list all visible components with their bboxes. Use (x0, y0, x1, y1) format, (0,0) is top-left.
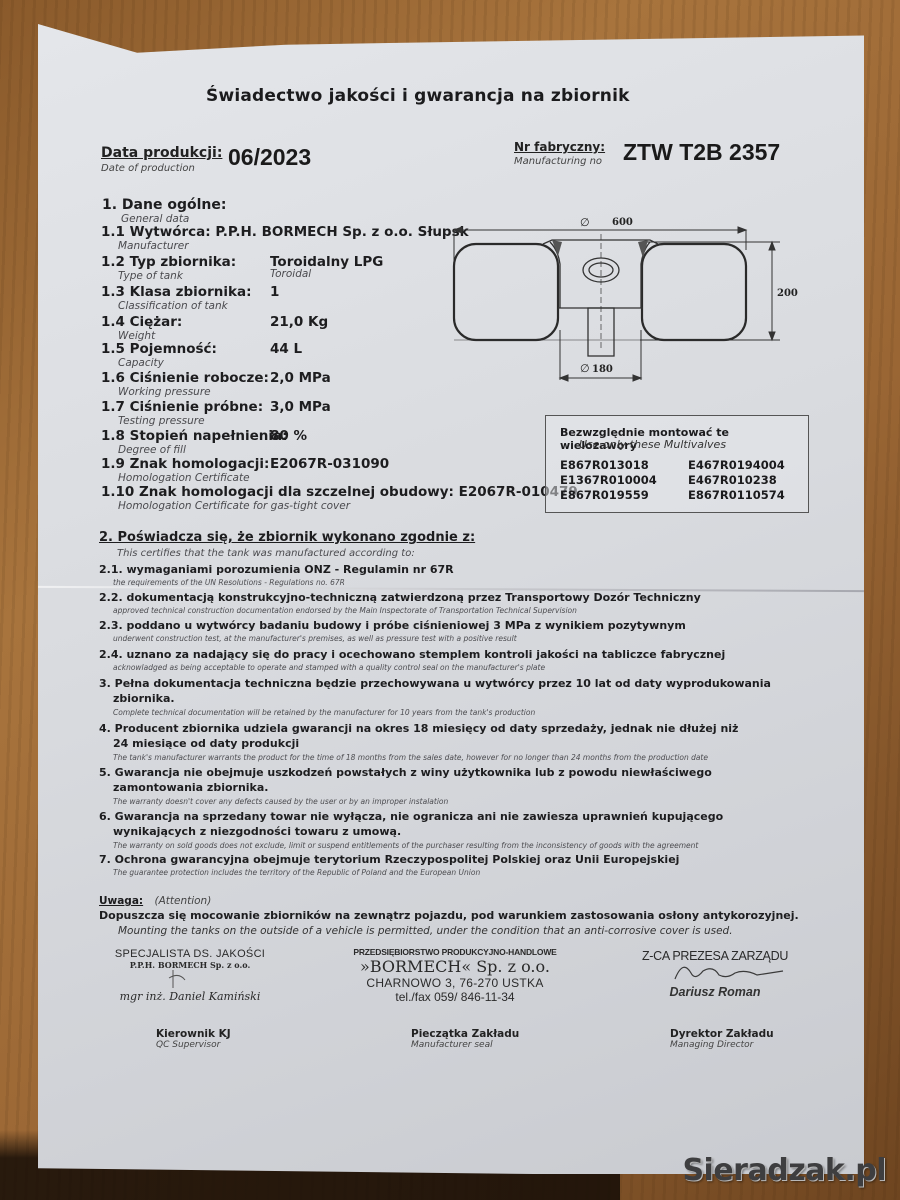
general-data-value: 80 % (270, 428, 307, 444)
general-data-label: 1.1 Wytwórca: P.P.H. BORMECH Sp. z o.o. … (101, 224, 469, 240)
general-data-label: 1.9 Znak homologacji: (101, 456, 269, 472)
general-data-value: 44 L (270, 341, 302, 357)
director-role-en: Managing Director (670, 1040, 774, 1050)
multivalve-code: E1367R010004 (560, 473, 688, 487)
height-dim: 200 (777, 288, 798, 299)
stamp-address: CHARNOWO 3, 76-270 USTKA (340, 976, 570, 990)
director-handwritten-signature (630, 963, 800, 985)
general-data-label: 1.7 Ciśnienie próbne: (101, 399, 263, 415)
general-data-label: 1.5 Pojemność: (101, 341, 217, 357)
production-date-label: Data produkcji: (101, 145, 222, 161)
multivalve-code: E867R019559 (560, 488, 688, 502)
section2-item-en: acknowladged as being acceptable to oper… (113, 663, 545, 672)
section2-heading-en: This certifies that the tank was manufac… (117, 548, 415, 559)
multivalves-box: Bezwzględnie montować te wielozawory Use… (545, 415, 809, 513)
clause-line-2: wynikających z niezgodności towaru z umo… (113, 825, 401, 838)
qc-role-pl: Kierownik KJ (156, 1028, 231, 1040)
production-date-value: 06/2023 (228, 144, 311, 171)
seal-role-pl: Pieczątka Zakładu (411, 1028, 519, 1040)
general-data-label: 1.3 Klasa zbiornika: (101, 284, 251, 300)
serial-number-label-en: Manufacturing no (514, 156, 602, 167)
general-data-value: 21,0 Kg (270, 314, 328, 330)
stamp-company-name: »BORMECH« Sp. z o.o. (340, 957, 570, 976)
section2-item-en: approved technical construction document… (113, 606, 577, 615)
section2-item: 2.1. wymaganiami porozumienia ONZ - Regu… (99, 563, 454, 576)
general-data-label-en: Degree of fill (118, 444, 186, 456)
clause-line-1: 7. Ochrona gwarancyjna obejmuje terytori… (99, 853, 679, 866)
clause-en: Complete technical documentation will be… (113, 708, 535, 717)
general-data-label: 1.4 Ciężar: (101, 314, 182, 330)
clause-line-1: 4. Producent zbiornika udziela gwarancji… (99, 722, 738, 735)
clause-en: The guarantee protection includes the te… (113, 868, 480, 877)
general-data-value: 2,0 MPa (270, 370, 331, 386)
clause-line-1: 6. Gwarancja na sprzedany towar nie wyłą… (99, 810, 723, 823)
section2-item-en: underwent construction test, at the manu… (113, 634, 517, 643)
general-data-label-en: Classification of tank (118, 300, 228, 312)
watermark: Sieradzak.pl (682, 1153, 886, 1188)
general-data-label-en: Manufacturer (118, 240, 189, 252)
general-data-label: 1.10 Znak homologacji dla szczelnej obud… (101, 484, 578, 500)
clause-en: The warranty on sold goods does not excl… (113, 841, 698, 850)
multivalve-codes: E867R013018E467R0194004E1367R010004E467R… (560, 458, 808, 502)
director-role-pl: Dyrektor Zakładu (670, 1028, 774, 1040)
qc-name: mgr inż. Daniel Kamiński (110, 990, 270, 1003)
serial-number-label: Nr fabryczny: (514, 140, 605, 154)
manufacturer-stamp: PRZEDSIĘBIORSTWO PRODUKCYJNO-HANDLOWE »B… (340, 947, 570, 1004)
general-data-label-en: Homologation Certificate (118, 472, 250, 484)
general-data-label: 1.6 Ciśnienie robocze: (101, 370, 269, 386)
section2-heading: 2. Poświadcza się, że zbiornik wykonano … (99, 530, 475, 545)
attention-text: Dopuszcza się mocowanie zbiorników na ze… (99, 909, 799, 922)
section2-item: 2.4. uznano za nadający się do pracy i o… (99, 648, 725, 661)
multivalve-code: E867R0110574 (688, 488, 808, 502)
seal-role-en: Manufacturer seal (411, 1040, 519, 1050)
stamp-company-type: PRZEDSIĘBIORSTWO PRODUKCYJNO-HANDLOWE (340, 947, 570, 957)
production-date-label-en: Date of production (101, 163, 195, 174)
qc-role: Kierownik KJ QC Supervisor (156, 1028, 231, 1050)
stamp-phone: tel./fax 059/ 846-11-34 (340, 990, 570, 1004)
attention-label: Uwaga: (99, 895, 143, 907)
diameter-symbol: ∅ (580, 216, 590, 229)
general-data-label: 1.8 Stopień napełnienia: (101, 428, 288, 444)
qc-stamp-title: SPECJALISTA DS. JAKOŚCI (110, 948, 270, 960)
multivalve-code: E467R0194004 (688, 458, 808, 472)
qc-handwritten-signature (110, 970, 270, 990)
general-data-label-en: Homologation Certificate for gas-tight c… (118, 500, 350, 512)
attention-label-row: Uwaga: (Attention) (99, 895, 211, 907)
document-title: Świadectwo jakości i gwarancja na zbiorn… (206, 86, 630, 106)
general-data-label-en: Testing pressure (118, 415, 205, 427)
director-role: Dyrektor Zakładu Managing Director (670, 1028, 774, 1050)
general-data-label-en: Working pressure (118, 386, 211, 398)
general-data-label-en: Type of tank (118, 270, 183, 282)
seal-role: Pieczątka Zakładu Manufacturer seal (411, 1028, 519, 1050)
serial-number-value: ZTW T2B 2357 (623, 139, 780, 166)
qc-role-en: QC Supervisor (156, 1040, 231, 1050)
general-data-value: 1 (270, 284, 279, 300)
tank-cross-section-drawing: ∅ 600 200 ∅ 180 (440, 200, 820, 390)
clause-line-2: 24 miesiące od daty produkcji (113, 737, 299, 750)
general-data-value: 3,0 MPa (270, 399, 331, 415)
section2-item: 2.3. poddano u wytwórcy badaniu budowy i… (99, 619, 686, 632)
general-data-label-en: Capacity (118, 357, 164, 369)
multivalves-heading-en: Use only these Multivalves (579, 438, 726, 451)
general-data-value-en: Toroidal (270, 268, 311, 280)
multivalve-code: E867R013018 (560, 458, 688, 472)
general-data-label: 1.2 Typ zbiornika: (101, 254, 236, 270)
clause-en: The warranty doesn't cover any defects c… (113, 797, 448, 806)
section1-heading: 1. Dane ogólne: (102, 197, 226, 213)
inner-diameter-dim: 180 (592, 364, 613, 375)
signature-director: Z-CA PREZESA ZARZĄDU Dariusz Roman (630, 949, 800, 999)
outer-diameter-dim: 600 (612, 217, 633, 228)
director-name: Dariusz Roman (630, 985, 800, 999)
clause-line-2: zamontowania zbiornika. (113, 781, 268, 794)
clause-en: The tank's manufacturer warrants the pro… (113, 753, 708, 762)
attention-text-en: Mounting the tanks on the outside of a v… (118, 925, 733, 937)
multivalve-code: E467R010238 (688, 473, 808, 487)
general-data-value: E2067R-031090 (270, 456, 389, 472)
diameter-symbol-2: ∅ (580, 362, 590, 375)
section2-item: 2.2. dokumentacją konstrukcyjno-technicz… (99, 591, 701, 604)
clause-line-1: 3. Pełna dokumentacja techniczna będzie … (99, 677, 771, 690)
attention-label-en: (Attention) (154, 895, 211, 907)
signature-qc: SPECJALISTA DS. JAKOŚCI P.P.H. BORMECH S… (110, 948, 270, 1003)
section2-item-en: the requirements of the UN Resolutions -… (113, 578, 345, 587)
clause-line-1: 5. Gwarancja nie obejmuje uszkodzeń pows… (99, 766, 712, 779)
clause-line-2: zbiornika. (113, 692, 175, 705)
